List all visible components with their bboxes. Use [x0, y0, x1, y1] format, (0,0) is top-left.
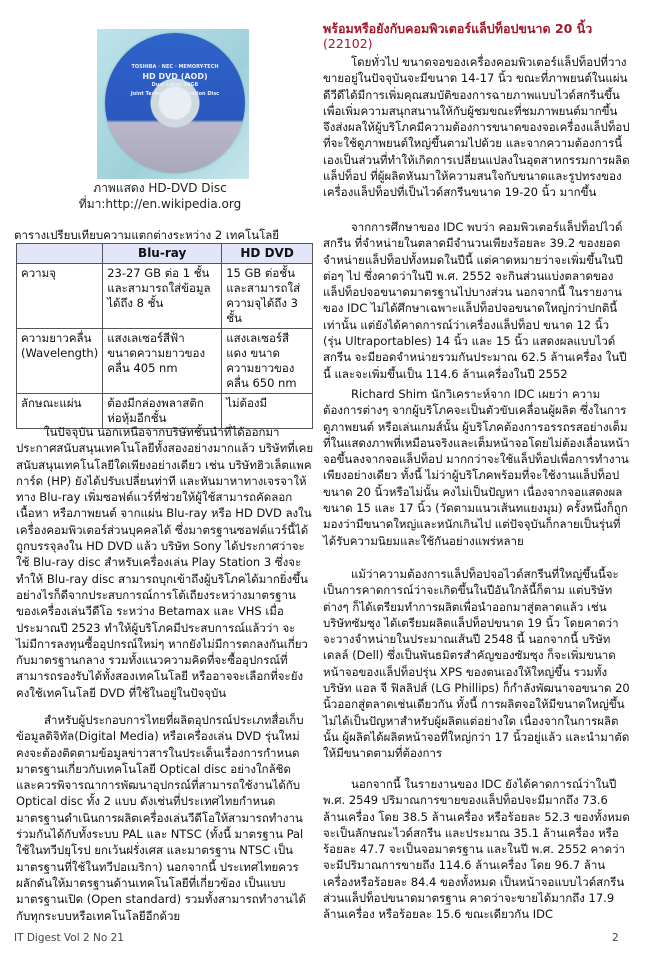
- article-paragraph: นอกจากนี้ ในรายงานของ IDC ยังได้คาดการณ์…: [323, 776, 631, 923]
- table-cell: ความยาวคลื่น (Wavelength): [17, 329, 103, 394]
- table-cell: แสงเลเซอร์สีฟ้า ขนาดความยาวของคลื่น 405 …: [103, 329, 222, 394]
- table-header-row: Blu-ray HD DVD: [17, 244, 313, 264]
- body-paragraph: ในปัจจุบัน นอกเหนือจากบริษัทชั้นนำที่ได้…: [16, 424, 314, 701]
- table-cell: 23-27 GB ต่อ 1 ชั้น และสามารถใส่ข้อมูลได…: [103, 264, 222, 329]
- article-paragraph: Richard Shim นักวิเคราะห์จาก IDC เผยว่า …: [323, 386, 631, 549]
- disc-brand-text: TOSHIBA · NEC · MEMORY-TECH: [105, 63, 245, 72]
- article-paragraph: จากการศึกษาของ IDC พบว่า คอมพิวเตอร์แล็ป…: [323, 219, 631, 382]
- hd-dvd-disc-image: TOSHIBA · NEC · MEMORY-TECH HD DVD (AOD)…: [97, 29, 249, 179]
- table-cell: ความจุ: [17, 264, 103, 329]
- disc-graphic: TOSHIBA · NEC · MEMORY-TECH HD DVD (AOD)…: [105, 33, 245, 173]
- comparison-table: Blu-ray HD DVD ความจุ 23-27 GB ต่อ 1 ชั้…: [16, 243, 313, 429]
- table-row: ความยาวคลื่น (Wavelength) แสงเลเซอร์สีฟ้…: [17, 329, 313, 394]
- caption-source: ที่มา:http://en.wikipedia.org: [0, 196, 320, 212]
- table-row: ความจุ 23-27 GB ต่อ 1 ชั้น และสามารถใส่ข…: [17, 264, 313, 329]
- table-header-empty: [17, 244, 103, 264]
- table-header-hddvd: HD DVD: [222, 244, 313, 264]
- table-cell: 15 GB ต่อชั้น และสามารถใส่ความจุได้ถึง 3…: [222, 264, 313, 329]
- article-paragraph: โดยทั่วไป ขนาดจอของเครื่องคอมพิวเตอร์แล็…: [323, 54, 631, 201]
- table-header-bluray: Blu-ray: [103, 244, 222, 264]
- disc-subtitle-text: Dual Layer 30GB: [105, 81, 245, 90]
- footer-page-number: 2: [612, 932, 619, 944]
- article-paragraph: แม้ว่าความต้องการแล็ปท็อปจอไวด์สกรีนที่ใ…: [323, 566, 631, 762]
- disc-title-text: HD DVD (AOD): [105, 72, 245, 81]
- body-paragraph: สำหรับผู้ประกอบการไทยที่ผลิตอุปกรณ์ประเภ…: [16, 712, 314, 924]
- article-code: (22102): [323, 36, 373, 51]
- caption-line-1: ภาพแสดง HD-DVD Disc: [0, 180, 320, 196]
- disc-label: TOSHIBA · NEC · MEMORY-TECH HD DVD (AOD)…: [105, 63, 245, 99]
- figure-caption: ภาพแสดง HD-DVD Disc ที่มา:http://en.wiki…: [0, 180, 320, 212]
- footer-publication: IT Digest Vol 2 No 21: [14, 932, 124, 944]
- table-cell: แสงเลเซอร์สีแดง ขนาดความยาวของคลื่น 650 …: [222, 329, 313, 394]
- disc-subtitle-text-2: Joint Technical Verification Disc: [105, 90, 245, 99]
